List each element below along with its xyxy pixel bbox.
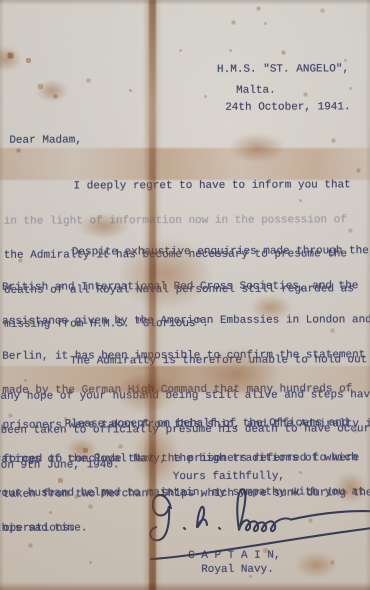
paragraph-line: The Admiralty is therefore unable to hol… (70, 355, 370, 368)
salutation: Dear Madam, (9, 135, 82, 147)
signature-surname (237, 489, 370, 532)
paragraph-line: Please accept on behalf of the Officers … (65, 418, 365, 431)
header-date: 24th October, 1941. (225, 102, 350, 114)
paragraph-line: assistance given by the American Embassi… (2, 315, 370, 328)
paragraph-line: ratings of the Royal Navy, the high trad… (0, 453, 364, 466)
signature-underline (151, 528, 370, 559)
paragraph-line: British and International Red Cross Soci… (2, 281, 370, 294)
paragraph-line: I deeply regret to have to inform you th… (74, 180, 354, 193)
handwritten-signature (139, 481, 370, 567)
signature-dot (219, 528, 220, 529)
signature-initial-h (197, 507, 207, 528)
paragraph-line: Despite exhaustive enquiries made throug… (72, 246, 370, 259)
header-ship-name: H.M.S. "ST. ANGELO", (217, 64, 349, 76)
signature-initial-g (150, 495, 171, 540)
typed-text-layer: H.M.S. "ST. ANGELO", Malta. 24th October… (0, 0, 370, 590)
letter-photograph: H.M.S. "ST. ANGELO", Malta. 24th October… (0, 0, 370, 590)
header-place: Malta. (236, 86, 276, 98)
signature-dot (184, 528, 185, 529)
